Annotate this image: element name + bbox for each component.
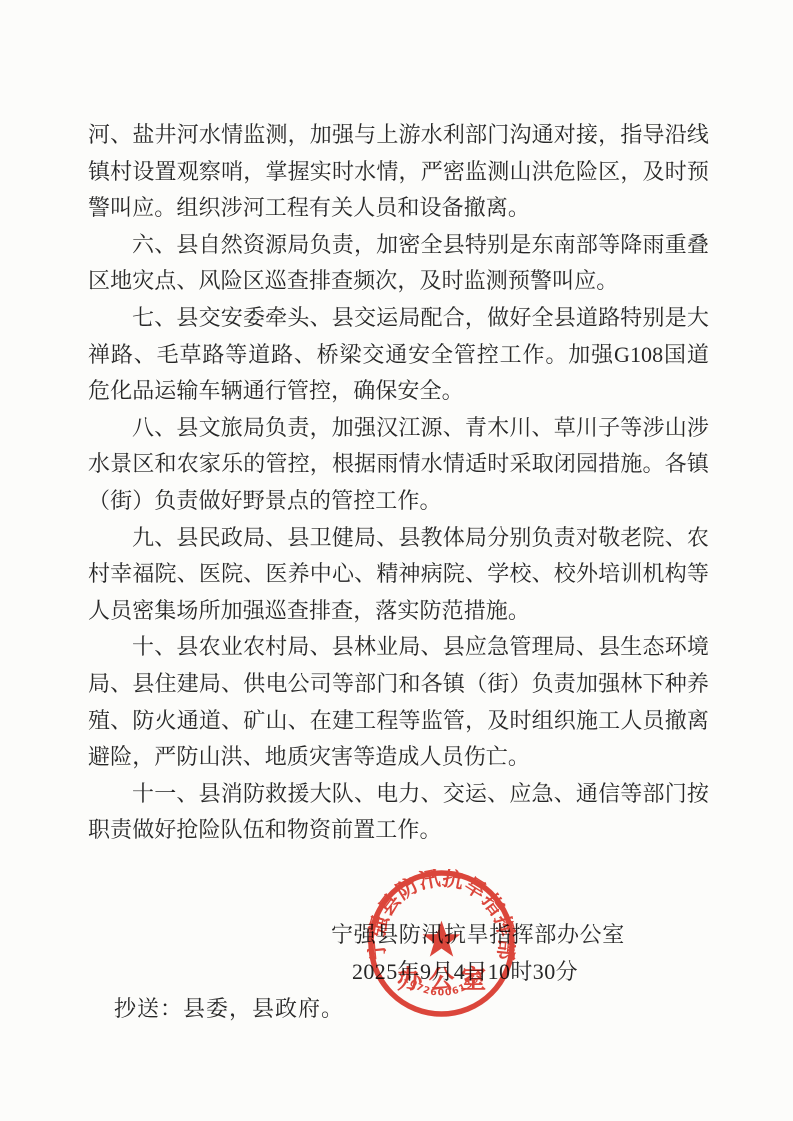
- official-seal: 宁强县防汛抗旱指挥部 办公室 6107260061367: [367, 869, 516, 1018]
- document-paragraph-item-9: 九、县民政局、县卫健局、县教体局分别负责对敬老院、农村幸福院、医院、医养中心、精…: [88, 520, 709, 630]
- document-paragraph-item-7: 七、县交安委牵头、县交运局配合，做好全县道路特别是大禅路、毛草路等道路、桥梁交通…: [88, 300, 709, 410]
- document-body: 河、盐井河水情监测，加强与上游水利部门沟通对接，指导沿线镇村设置观察哨，掌握实时…: [88, 117, 709, 849]
- document-paragraph-item-8: 八、县文旅局负责，加强汉江源、青木川、草川子等涉山涉水景区和农家乐的管控，根据雨…: [88, 410, 709, 520]
- scanned-document-page: 河、盐井河水情监测，加强与上游水利部门沟通对接，指导沿线镇村设置观察哨，掌握实时…: [0, 0, 793, 1121]
- document-paragraph-item-10: 十、县农业农村局、县林业局、县应急管理局、县生态环境局、县住建局、供电公司等部门…: [88, 629, 709, 775]
- star-icon: [423, 921, 461, 957]
- document-paragraph-item-6: 六、县自然资源局负责，加密全县特别是东南部等降雨重叠区地灾点、风险区巡查排查频次…: [88, 227, 709, 300]
- document-paragraph-continuation: 河、盐井河水情监测，加强与上游水利部门沟通对接，指导沿线镇村设置观察哨，掌握实时…: [88, 117, 709, 227]
- document-paragraph-item-11: 十一、县消防救援大队、电力、交运、应急、通信等部门按职责做好抢险队伍和物资前置工…: [88, 776, 709, 849]
- cc-line: 抄送：县委，县政府。: [114, 992, 344, 1023]
